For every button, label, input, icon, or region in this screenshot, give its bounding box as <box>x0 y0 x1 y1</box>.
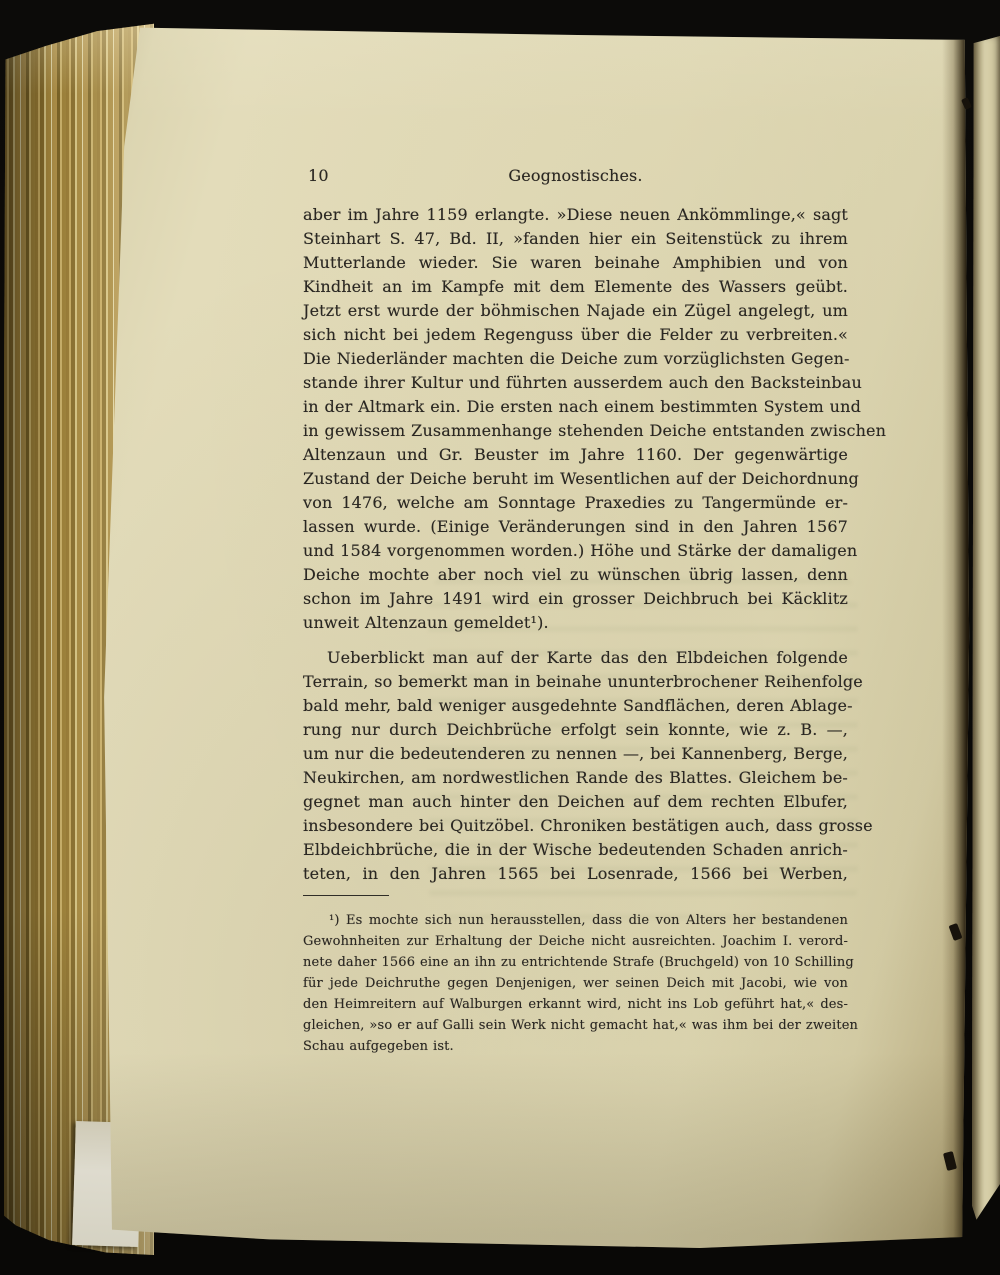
paragraph: Ueberblickt man auf der Karte das den El… <box>303 646 848 886</box>
text-line: Schau aufgegeben ist. <box>303 1036 848 1057</box>
text-line: gegnet man auch hinter den Deichen auf d… <box>303 790 848 814</box>
text-line: Steinhart S. 47, Bd. II, »fanden hier ei… <box>303 227 848 251</box>
text-line: unweit Altenzaun gemeldet¹). <box>303 611 848 635</box>
text-line: aber im Jahre 1159 erlangte. »Diese neue… <box>303 203 848 227</box>
running-head: 10 Geognostisches. <box>303 166 848 190</box>
text-line: Die Niederländer machten die Deiche zum … <box>303 347 848 371</box>
text-line: Gewohnheiten zur Erhaltung der Deiche ni… <box>303 931 848 952</box>
text-line: Ueberblickt man auf der Karte das den El… <box>303 646 848 670</box>
page-number: 10 <box>308 166 329 185</box>
text-line: schon im Jahre 1491 wird ein grosser Dei… <box>303 587 848 611</box>
text-line: ¹) Es mochte sich nun herausstellen, das… <box>303 910 848 931</box>
text-line: teten, in den Jahren 1565 bei Losenrade,… <box>303 862 848 886</box>
text-line: den Heimreitern auf Walburgen erkannt wi… <box>303 994 848 1015</box>
text-line: um nur die bedeutenderen zu nennen —, be… <box>303 742 848 766</box>
text-line: gleichen, »so er auf Galli sein Werk nic… <box>303 1015 848 1036</box>
footnote: ¹) Es mochte sich nun herausstellen, das… <box>303 910 848 1057</box>
text-block: 10 Geognostisches. aber im Jahre 1159 er… <box>303 166 848 1057</box>
text-line: Neukirchen, am nordwestlichen Rande des … <box>303 766 848 790</box>
text-line: lassen wurde. (Einige Veränderungen sind… <box>303 515 848 539</box>
text-line: und 1584 vorgenommen worden.) Höhe und S… <box>303 539 848 563</box>
gutter-shadow <box>942 24 970 1248</box>
running-title: Geognostisches. <box>303 166 848 185</box>
text-line: sich nicht bei jedem Regenguss über die … <box>303 323 848 347</box>
text-line: rung nur durch Deichbrüche erfolgt sein … <box>303 718 848 742</box>
text-line: Jetzt erst wurde der böhmischen Najade e… <box>303 299 848 323</box>
text-line: stande ihrer Kultur und führten ausserde… <box>303 371 848 395</box>
text-line: für jede Deichruthe gegen Denjenigen, we… <box>303 973 848 994</box>
book-page: 10 Geognostisches. aber im Jahre 1159 er… <box>98 24 970 1248</box>
footnote-separator <box>303 895 389 896</box>
text-line: Elbdeichbrüche, die in der Wische bedeut… <box>303 838 848 862</box>
adjacent-page-sliver <box>972 36 1000 1222</box>
text-line: Zustand der Deiche beruht im Wesentliche… <box>303 467 848 491</box>
text-line: bald mehr, bald weniger ausgedehnte Sand… <box>303 694 848 718</box>
text-line: insbesondere bei Quitzöbel. Chroniken be… <box>303 814 848 838</box>
text-line: von 1476, welche am Sonntage Praxedies z… <box>303 491 848 515</box>
text-line: Terrain, so bemerkt man in beinahe ununt… <box>303 670 848 694</box>
paragraph: aber im Jahre 1159 erlangte. »Diese neue… <box>303 203 848 635</box>
text-line: in gewissem Zusammenhange stehenden Deic… <box>303 419 848 443</box>
text-line: in der Altmark ein. Die ersten nach eine… <box>303 395 848 419</box>
text-line: Kindheit an im Kampfe mit dem Elemente d… <box>303 275 848 299</box>
book-photo: 10 Geognostisches. aber im Jahre 1159 er… <box>0 0 1000 1275</box>
text-line: Altenzaun und Gr. Beuster im Jahre 1160.… <box>303 443 848 467</box>
body-text: aber im Jahre 1159 erlangte. »Diese neue… <box>303 203 848 886</box>
text-line: Deiche mochte aber noch viel zu wünschen… <box>303 563 848 587</box>
text-line: Mutterlande wieder. Sie waren beinahe Am… <box>303 251 848 275</box>
text-line: nete daher 1566 eine an ihn zu entrichte… <box>303 952 848 973</box>
